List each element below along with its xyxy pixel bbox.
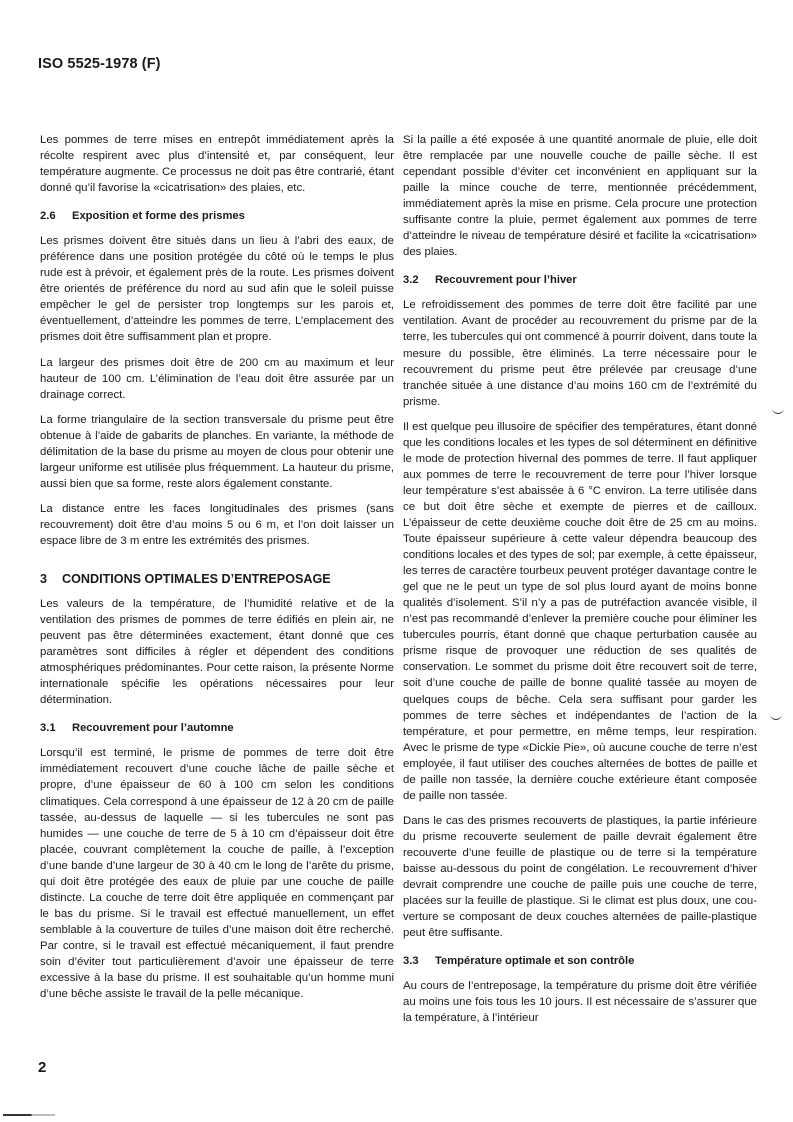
paragraph: Les prismes doivent être situés dans un … (40, 233, 394, 345)
paragraph: Les valeurs de la température, de l’humi… (40, 596, 394, 708)
paragraph: Le refroidissement des pommes de terre d… (403, 297, 757, 409)
section-title: Exposition et forme des prismes (72, 210, 245, 222)
paragraph: Les pommes de terre mises en entrepôt im… (40, 132, 394, 196)
section-heading-2-6: 2.6Exposition et forme des prismes (40, 208, 394, 224)
paragraph: La largeur des prismes doit être de 200 … (40, 355, 394, 403)
paragraph: Au cours de l’entreposage, la températur… (403, 978, 757, 1026)
section-heading-3-1: 3.1Recouvrement pour l’automne (40, 720, 394, 736)
section-title: Recouvrement pour l’hiver (435, 274, 577, 286)
paragraph: Dans le cas des prismes recouverts de pl… (403, 813, 757, 941)
section-number: 3.2 (403, 272, 435, 288)
scan-artifact-line (3, 1114, 55, 1116)
paragraph: La distance entre les faces longitudinal… (40, 501, 394, 549)
section-heading-3-3: 3.3Température optimale et son contrôle (403, 953, 757, 969)
section-heading-3-2: 3.2Recouvrement pour l’hiver (403, 272, 757, 288)
section-number: 3.1 (40, 720, 72, 736)
section-number: 3 (40, 571, 62, 587)
paragraph: Lorsqu’il est terminé, le prisme de pomm… (40, 745, 394, 1002)
page-number: 2 (38, 1059, 46, 1076)
scan-margin-mark (770, 712, 782, 720)
section-title: CONDITIONS OPTIMALES D’ENTREPOSAGE (62, 572, 331, 586)
document-header: ISO 5525-1978 (F) (38, 56, 161, 72)
scan-margin-mark (772, 406, 784, 414)
right-column: Si la paille a été exposée à une quantit… (403, 132, 757, 1035)
section-heading-3: 3CONDITIONS OPTIMALES D’ENTREPOSAGE (40, 571, 394, 587)
section-title: Température optimale et son contrôle (435, 955, 634, 967)
section-number: 2.6 (40, 208, 72, 224)
paragraph: Si la paille a été exposée à une quantit… (403, 132, 757, 260)
paragraph: Il est quelque peu illusoire de spécifie… (403, 419, 757, 804)
section-title: Recouvrement pour l’automne (72, 722, 234, 734)
paragraph: La forme triangulaire de la section tran… (40, 412, 394, 492)
left-column: Les pommes de terre mises en entrepôt im… (40, 132, 394, 1011)
section-number: 3.3 (403, 953, 435, 969)
